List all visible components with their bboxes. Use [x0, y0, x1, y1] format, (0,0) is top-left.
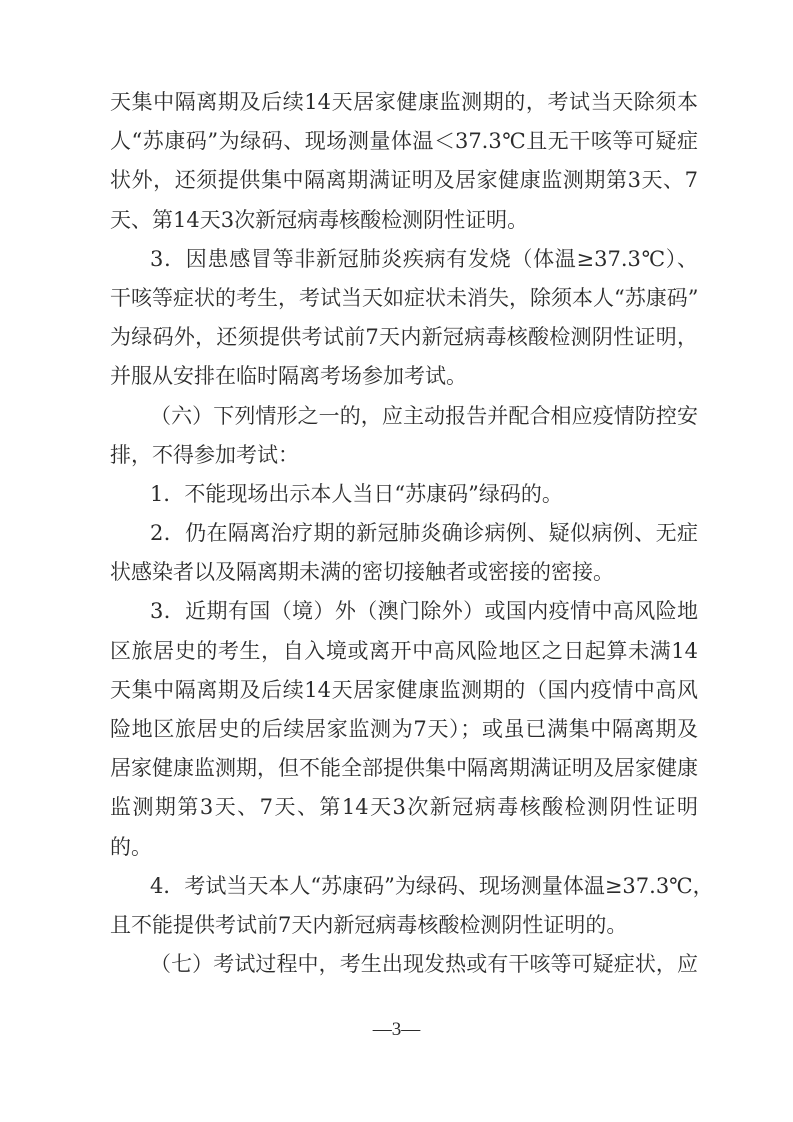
text-line: 4．考试当天本人“苏康码”为绿码、现场测量体温≥37.3℃，	[110, 867, 698, 906]
page-number: —3—	[0, 1016, 793, 1044]
paragraph-section-6-item-2: 2．仍在隔离治疗期的新冠肺炎确诊病例、疑似病例、无症 状感染者以及隔离期未满的密…	[110, 514, 698, 592]
text-line: 2．仍在隔离治疗期的新冠肺炎确诊病例、疑似病例、无症	[110, 514, 698, 553]
text-line: 干咳等症状的考生，考试当天如症状未消失，除须本人“苏康码”	[110, 279, 698, 318]
paragraph-section-6-item-4: 4．考试当天本人“苏康码”为绿码、现场测量体温≥37.3℃， 且不能提供考试前7…	[110, 867, 698, 945]
text-line: 排，不得参加考试：	[110, 436, 698, 475]
text-line: 天集中隔离期及后续14天居家健康监测期的，考试当天除须本	[110, 83, 698, 122]
paragraph-continued-item: 天集中隔离期及后续14天居家健康监测期的，考试当天除须本 人“苏康码”为绿码、现…	[110, 83, 698, 240]
text-line: 并服从安排在临时隔离考场参加考试。	[110, 357, 698, 396]
text-line: 居家健康监测期，但不能全部提供集中隔离期满证明及居家健康	[110, 749, 698, 788]
paragraph-section-6: （六）下列情形之一的，应主动报告并配合相应疫情防控安 排，不得参加考试：	[110, 397, 698, 475]
section-heading-line: （七）考试过程中，考生出现发热或有干咳等可疑症状，应	[110, 945, 698, 984]
paragraph-section-6-item-3: 3．近期有国（境）外（澳门除外）或国内疫情中高风险地 区旅居史的考生，自入境或离…	[110, 592, 698, 866]
text-line: 且不能提供考试前7天内新冠病毒核酸检测阴性证明的。	[110, 906, 698, 945]
text-line: 为绿码外，还须提供考试前7天内新冠病毒核酸检测阴性证明，	[110, 318, 698, 357]
text-line: 监测期第3天、7天、第14天3次新冠病毒核酸检测阴性证明	[110, 788, 698, 827]
text-line: 状感染者以及隔离期未满的密切接触者或密接的密接。	[110, 553, 698, 592]
text-line: 的。	[110, 828, 698, 867]
paragraph-item-3-fever: 3．因患感冒等非新冠肺炎疾病有发烧（体温≥37.3℃）、 干咳等症状的考生，考试…	[110, 240, 698, 397]
text-line: 人“苏康码”为绿码、现场测量体温＜37.3℃且无干咳等可疑症	[110, 122, 698, 161]
text-line: 天集中隔离期及后续14天居家健康监测期的（国内疫情中高风	[110, 671, 698, 710]
text-line: 险地区旅居史的后续居家监测为7天）；或虽已满集中隔离期及	[110, 710, 698, 749]
text-line: 天、第14天3次新冠病毒核酸检测阴性证明。	[110, 201, 698, 240]
document-body: 天集中隔离期及后续14天居家健康监测期的，考试当天除须本 人“苏康码”为绿码、现…	[110, 83, 698, 984]
text-line: 区旅居史的考生，自入境或离开中高风险地区之日起算未满14	[110, 632, 698, 671]
text-line: 3．因患感冒等非新冠肺炎疾病有发烧（体温≥37.3℃）、	[110, 240, 698, 279]
text-line: 状外，还须提供集中隔离期满证明及居家健康监测期第3天、7	[110, 161, 698, 200]
section-heading-line: （六）下列情形之一的，应主动报告并配合相应疫情防控安	[110, 397, 698, 436]
paragraph-section-7: （七）考试过程中，考生出现发热或有干咳等可疑症状，应	[110, 945, 698, 984]
text-line: 1．不能现场出示本人当日“苏康码”绿码的。	[110, 475, 698, 514]
text-line: 3．近期有国（境）外（澳门除外）或国内疫情中高风险地	[110, 592, 698, 631]
document-page: 天集中隔离期及后续14天居家健康监测期的，考试当天除须本 人“苏康码”为绿码、现…	[0, 0, 793, 1122]
paragraph-section-6-item-1: 1．不能现场出示本人当日“苏康码”绿码的。	[110, 475, 698, 514]
